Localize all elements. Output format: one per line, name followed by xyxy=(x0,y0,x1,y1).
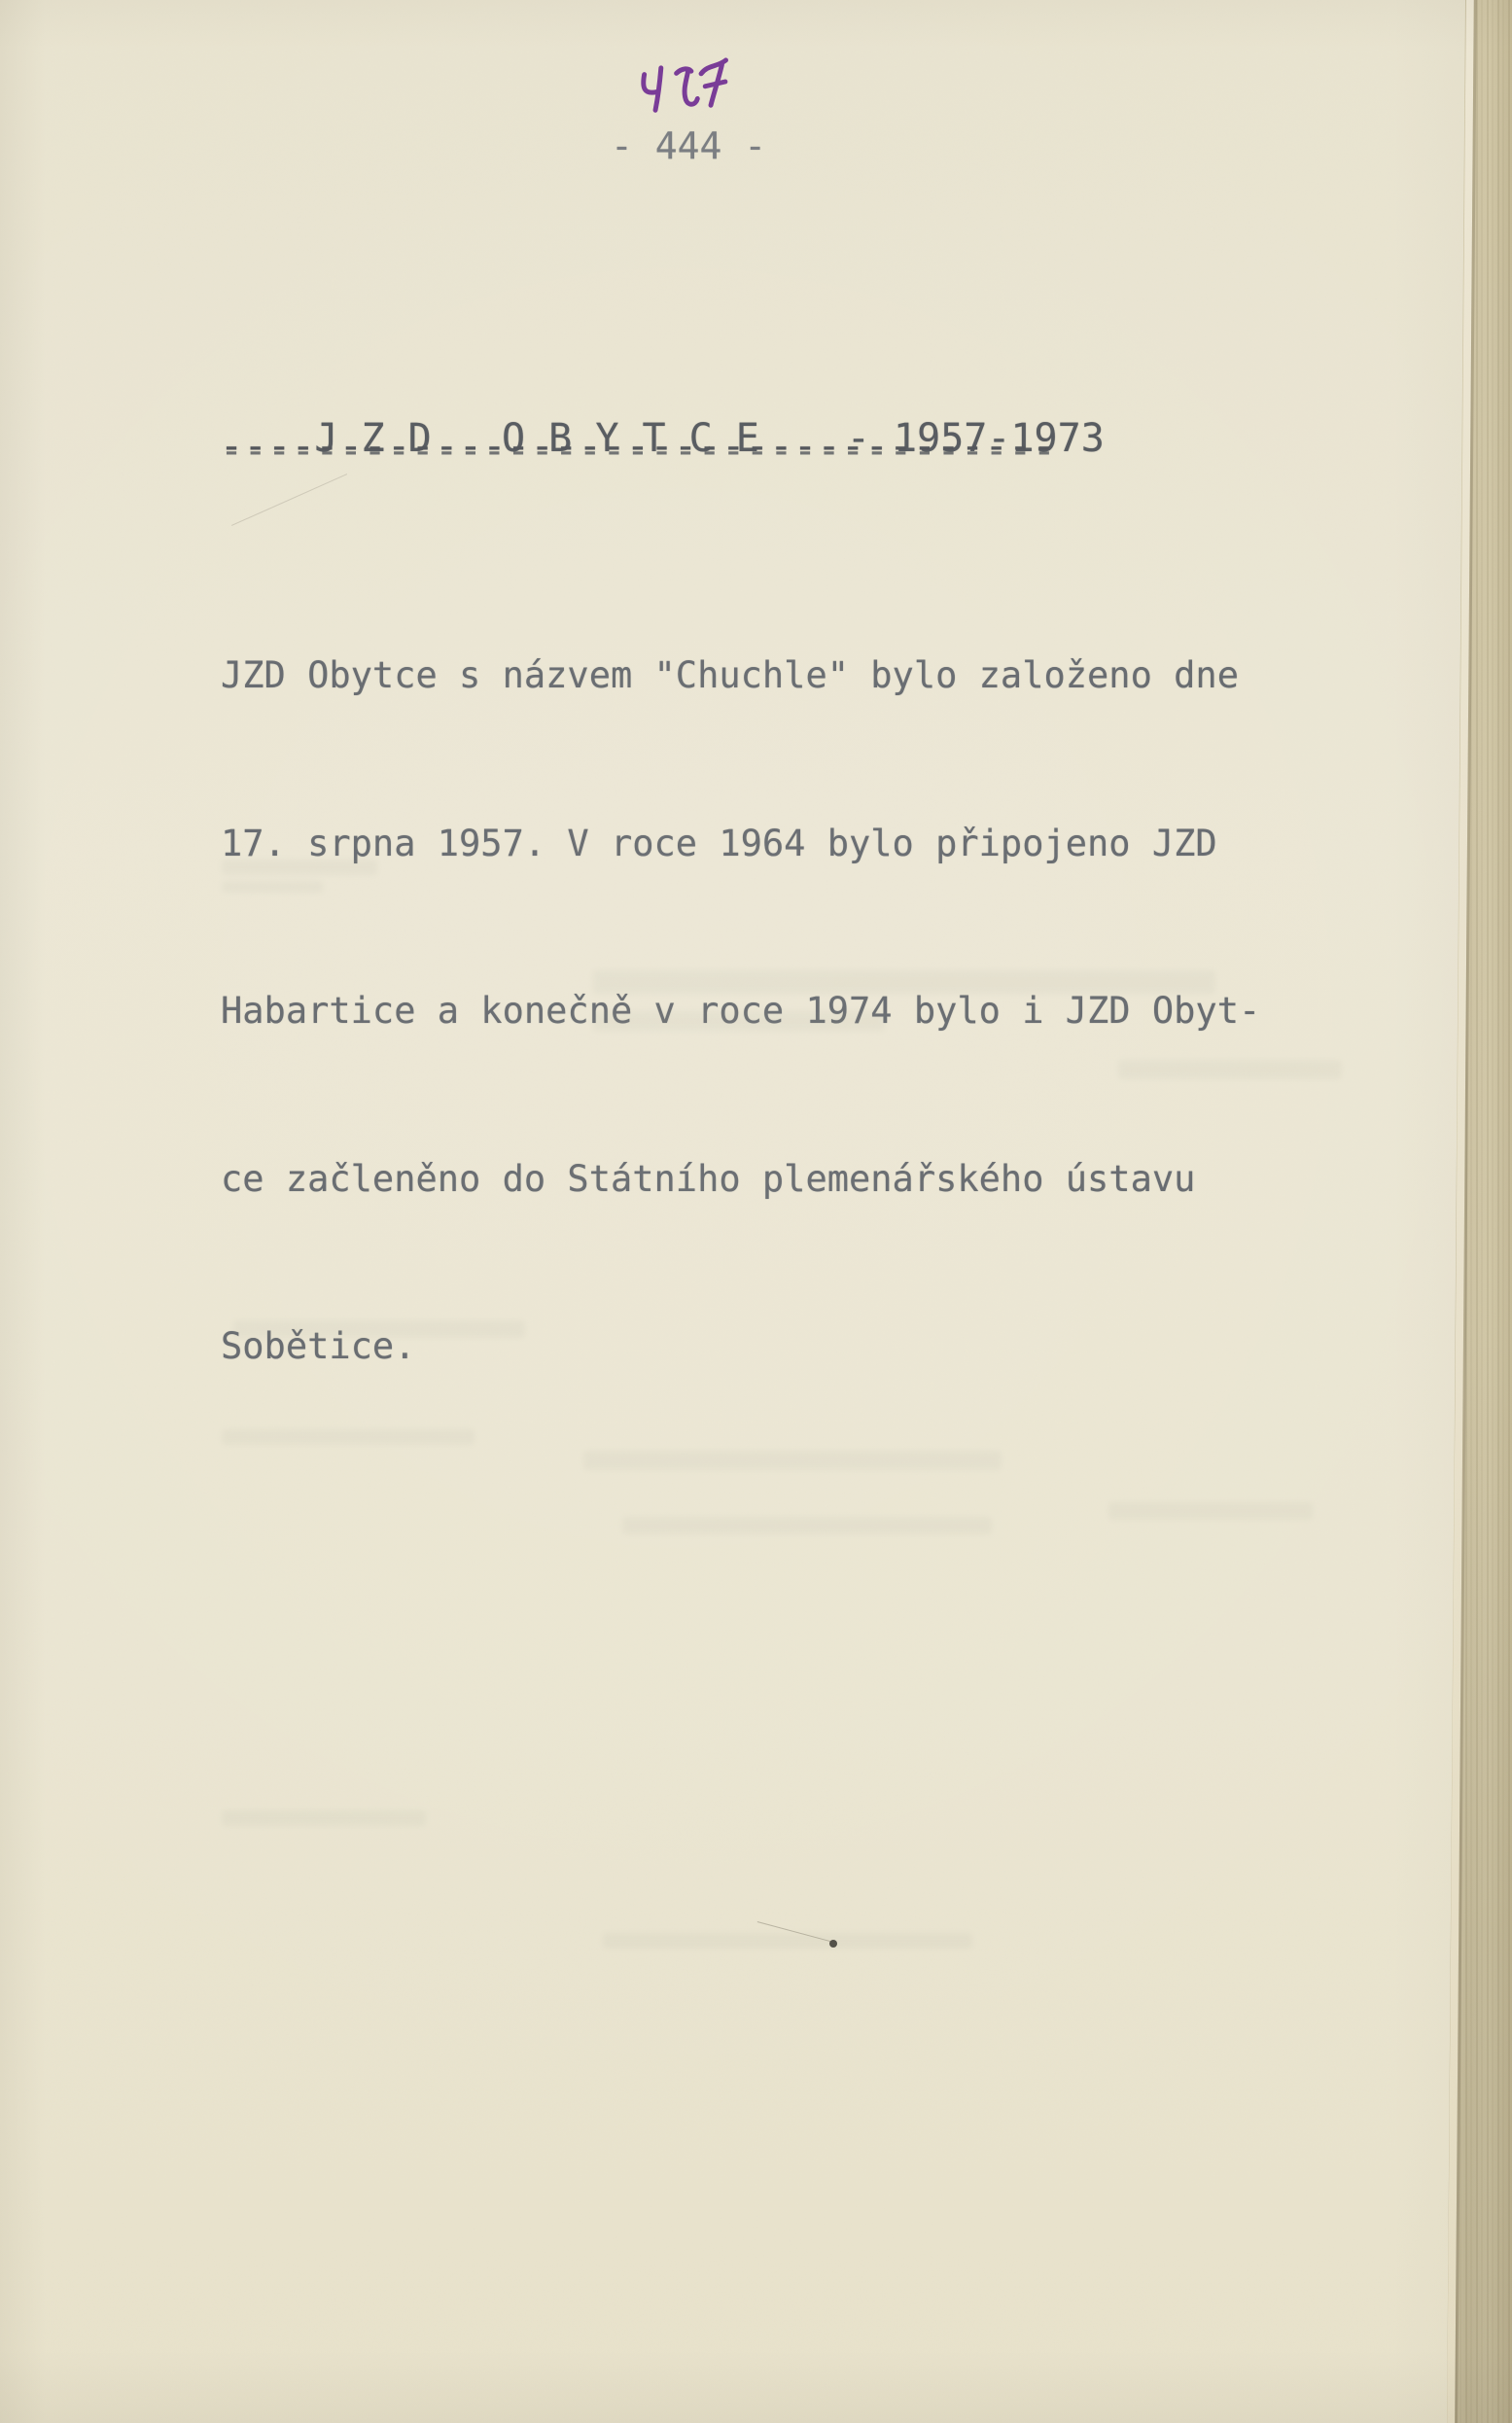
page-number: - 444 - xyxy=(611,126,766,165)
paper-scratch xyxy=(757,1921,833,1943)
ghost-bleed-through xyxy=(222,1810,426,1826)
paragraph-line: Habartice a konečně v roce 1974 bylo i J… xyxy=(221,983,1260,1039)
paragraph-line: JZD Obytce s názvem "Chuchle" bylo založ… xyxy=(221,648,1260,704)
paragraph-line: ce začleněno do Státního plemenářského ú… xyxy=(221,1151,1260,1208)
ghost-bleed-through xyxy=(603,1933,972,1949)
book-page-edge xyxy=(1444,0,1512,2423)
heading-dashed-underline: ----------------------------------- xyxy=(220,426,1056,471)
ghost-bleed-through xyxy=(622,1517,992,1534)
scanned-document-page: 457 - 444 - J Z D O B Y T C E- 1957-1973… xyxy=(0,0,1512,2423)
ink-speck xyxy=(829,1940,837,1948)
paragraph-line: Sobětice. xyxy=(221,1318,1260,1375)
ghost-bleed-through xyxy=(1108,1502,1313,1520)
body-paragraph: JZD Obytce s názvem "Chuchle" bylo založ… xyxy=(221,536,1260,1487)
paragraph-line: 17. srpna 1957. V roce 1964 bylo připoje… xyxy=(221,816,1260,872)
